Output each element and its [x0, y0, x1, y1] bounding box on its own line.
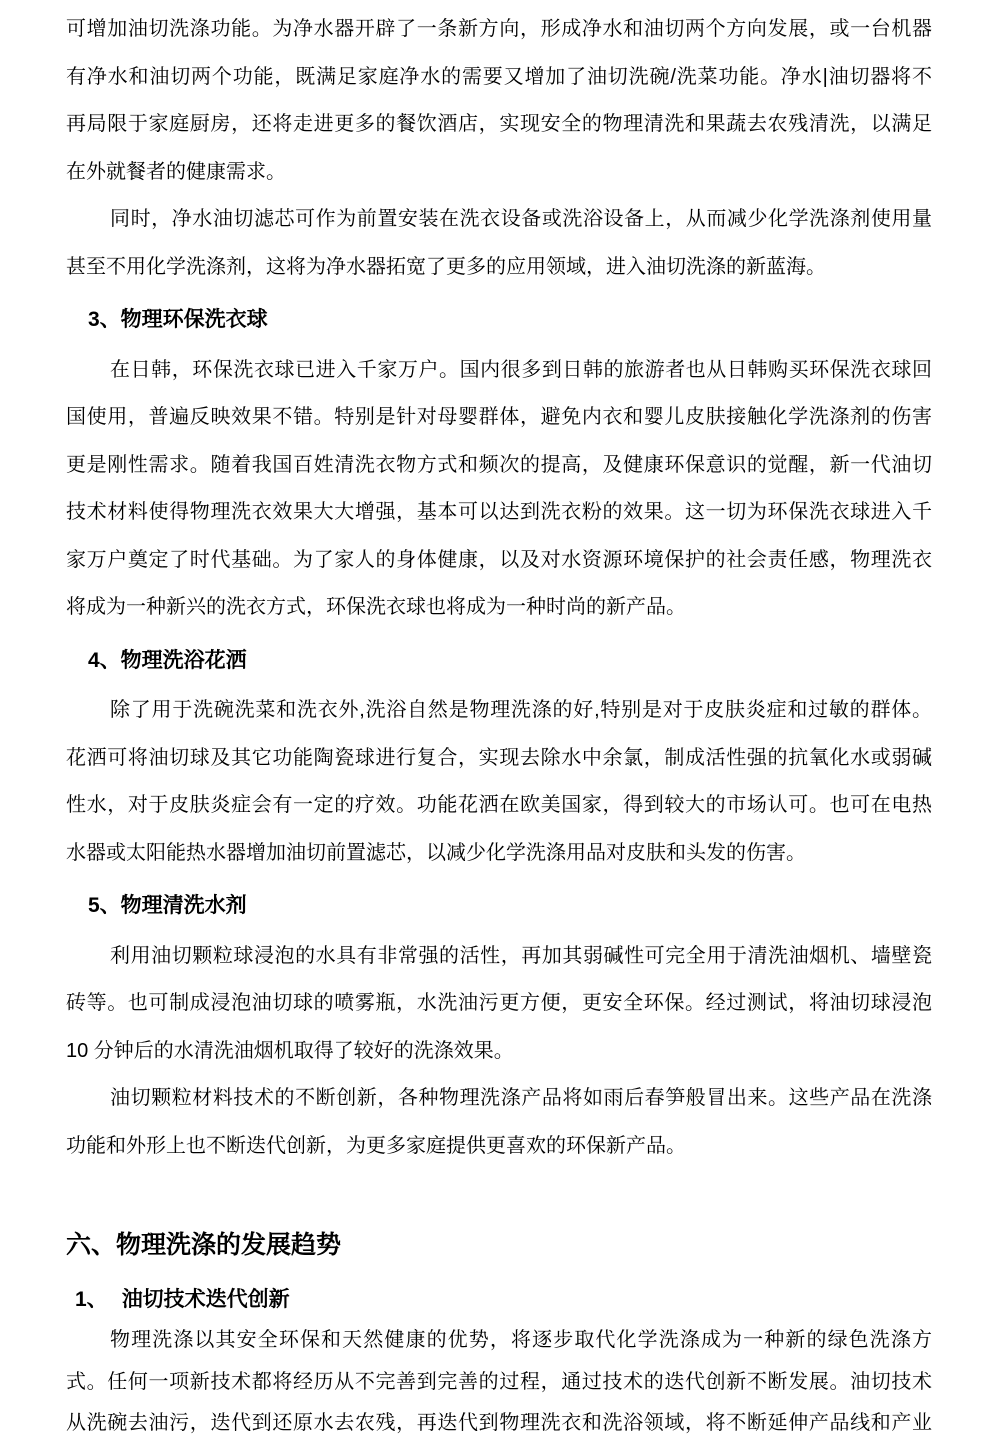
subsection-heading: 1、油切技术迭代创新 — [66, 1276, 932, 1324]
text-line: 甚至不用化学洗涤剂，这将为净水器拓宽了更多的应用领域，进入油切洗涤的新蓝海。 — [66, 244, 932, 292]
section-heading: 3、物理环保洗衣球 — [66, 296, 932, 344]
text-line: 有净水和油切两个功能，既满足家庭净水的需要又增加了油切洗碗/洗菜功能。净水|油切… — [66, 54, 932, 102]
paragraph: 油切颗粒材料技术的不断创新，各种物理洗涤产品将如雨后春笋般冒出来。这些产品在洗涤… — [66, 1075, 932, 1170]
paragraph: 同时，净水油切滤芯可作为前置安装在洗衣设备或洗浴设备上，从而减少化学洗涤剂使用量… — [66, 196, 932, 291]
paragraph: 可增加油切洗涤功能。为净水器开辟了一条新方向，形成净水和油切两个方向发展，或一台… — [66, 6, 932, 196]
text-line: 花洒可将油切球及其它功能陶瓷球进行复合，实现去除水中余氯，制成活性强的抗氧化水或… — [66, 735, 932, 783]
paragraph: 物理洗涤以其安全环保和天然健康的优势，将逐步取代化学洗涤成为一种新的绿色洗涤方式… — [66, 1320, 932, 1445]
text-line: 更是刚性需求。随着我国百姓清洗衣物方式和频次的提高，及健康环保意识的觉醒，新一代… — [66, 442, 932, 490]
paragraph: 利用油切颗粒球浸泡的水具有非常强的活性，再加其弱碱性可完全用于清洗油烟机、墙壁瓷… — [66, 933, 932, 1076]
chapter-heading: 六、物理洗涤的发展趋势 — [66, 1222, 932, 1270]
text-line: 在日韩，环保洗衣球已进入千家万户。国内很多到日韩的旅游者也从日韩购买环保洗衣球回 — [66, 347, 932, 395]
paragraph: 在日韩，环保洗衣球已进入千家万户。国内很多到日韩的旅游者也从日韩购买环保洗衣球回… — [66, 347, 932, 632]
text-line: 家万户奠定了时代基础。为了家人的身体健康，以及对水资源环境保护的社会责任感，物理… — [66, 537, 932, 585]
text-line: 在外就餐者的健康需求。 — [66, 149, 932, 197]
section-heading: 4、物理洗浴花洒 — [66, 637, 932, 685]
text-line: 利用油切颗粒球浸泡的水具有非常强的活性，再加其弱碱性可完全用于清洗油烟机、墙壁瓷 — [66, 933, 932, 981]
text-line: 技术材料使得物理洗衣效果大大增强，基本可以达到洗衣粉的效果。这一切为环保洗衣球进… — [66, 489, 932, 537]
text-line: 国使用，普遍反映效果不错。特别是针对母婴群体，避免内衣和婴儿皮肤接触化学洗涤剂的… — [66, 394, 932, 442]
section-heading: 5、物理清洗水剂 — [66, 882, 932, 930]
text-line: 从洗碗去油污，迭代到还原水去农残，再迭代到物理洗衣和洗浴领域，将不断延伸产品线和… — [66, 1403, 932, 1445]
text-line: 功能和外形上也不断迭代创新，为更多家庭提供更喜欢的环保新产品。 — [66, 1123, 932, 1171]
text-line: 同时，净水油切滤芯可作为前置安装在洗衣设备或洗浴设备上，从而减少化学洗涤剂使用量 — [66, 196, 932, 244]
text-line: 物理洗涤以其安全环保和天然健康的优势，将逐步取代化学洗涤成为一种新的绿色洗涤方 — [66, 1320, 932, 1362]
text-line: 砖等。也可制成浸泡油切球的喷雾瓶，水洗油污更方便，更安全环保。经过测试，将油切球… — [66, 980, 932, 1028]
text-line: 油切颗粒材料技术的不断创新，各种物理洗涤产品将如雨后春笋般冒出来。这些产品在洗涤 — [66, 1075, 932, 1123]
subsection-number: 1、 — [75, 1288, 108, 1311]
text-line: 水器或太阳能热水器增加油切前置滤芯，以减少化学洗涤用品对皮肤和头发的伤害。 — [66, 830, 932, 878]
paragraph: 除了用于洗碗洗菜和洗衣外,洗浴自然是物理洗涤的好,特别是对于皮肤炎症和过敏的群体… — [66, 687, 932, 877]
document-page: 可增加油切洗涤功能。为净水器开辟了一条新方向，形成净水和油切两个方向发展，或一台… — [0, 0, 1000, 1452]
text-line: 再局限于家庭厨房，还将走进更多的餐饮酒店，实现安全的物理清洗和果蔬去农残清洗，以… — [66, 101, 932, 149]
text-line: 性水，对于皮肤炎症会有一定的疗效。功能花洒在欧美国家，得到较大的市场认可。也可在… — [66, 782, 932, 830]
text-line: 可增加油切洗涤功能。为净水器开辟了一条新方向，形成净水和油切两个方向发展，或一台… — [66, 6, 932, 54]
subsection-title: 油切技术迭代创新 — [122, 1288, 290, 1311]
text-line: 除了用于洗碗洗菜和洗衣外,洗浴自然是物理洗涤的好,特别是对于皮肤炎症和过敏的群体… — [66, 687, 932, 735]
text-line: 式。任何一项新技术都将经历从不完善到完善的过程，通过技术的迭代创新不断发展。油切… — [66, 1362, 932, 1404]
text-line: 10 分钟后的水清洗油烟机取得了较好的洗涤效果。 — [66, 1028, 932, 1076]
text-line: 将成为一种新兴的洗衣方式，环保洗衣球也将成为一种时尚的新产品。 — [66, 584, 932, 632]
